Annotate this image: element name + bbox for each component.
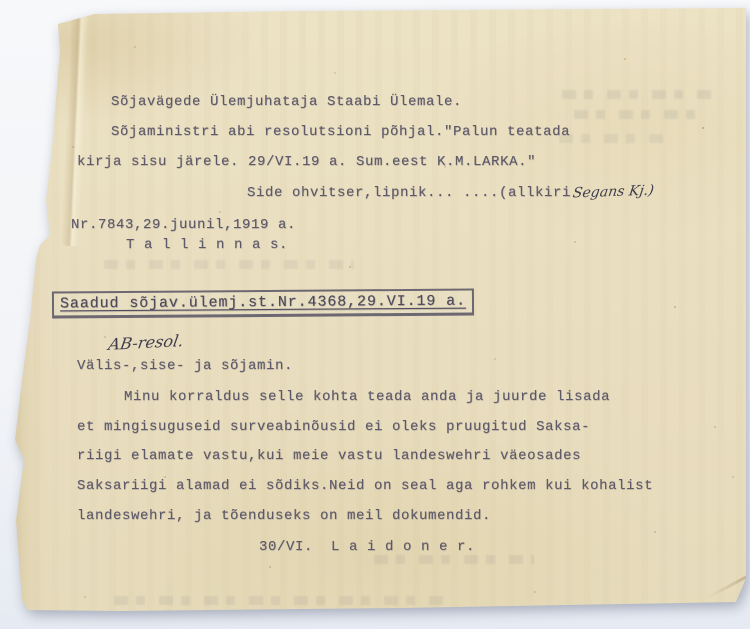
line-number-date: Nr.7843,29.juunil,1919 a. bbox=[71, 217, 296, 233]
bleed-through-smudge bbox=[562, 90, 712, 99]
received-stamp-box: Saadud sõjav.ülemj.st.Nr.4368,29.VI.19 a… bbox=[52, 289, 474, 319]
line-body-1: Minu korraldus selle kohta teada anda ja… bbox=[124, 389, 610, 405]
bleed-through-smudge bbox=[574, 110, 704, 119]
line-body-5: landeswehri, ja tõenduseks on meil dokum… bbox=[77, 508, 491, 524]
bleed-through-smudge bbox=[374, 555, 534, 564]
paper-fold-crease bbox=[61, 16, 89, 247]
line-body-2: et mingisuguseid surveabinõusid ei oleks… bbox=[77, 419, 590, 435]
line-body-4: Saksariigi alamad ei sõdiks.Neid on seal… bbox=[77, 478, 653, 494]
corner-crease bbox=[707, 568, 750, 599]
line-date-signature: 30/VI. L a i d o n e r. bbox=[259, 539, 475, 555]
line-resolution-1: Sõjaministri abi resolutsioni põhjal."Pa… bbox=[111, 124, 570, 140]
line-city: T a l l i n n a s. bbox=[126, 237, 288, 253]
line-addressee: Sõjavägede Ülemjuhataja Staabi Ülemale. bbox=[111, 94, 462, 110]
paper-speckles bbox=[14, 6, 16, 8]
line-body-3: riigi elamate vastu,kui meie vastu lande… bbox=[77, 448, 581, 464]
line-resolution-2: kirja sisu järele. 29/VI.19 a. Sum.eest … bbox=[77, 154, 536, 170]
scan-background: Sõjavägede Ülemjuhataja Staabi Ülemale. … bbox=[0, 0, 750, 629]
document-paper: Sõjavägede Ülemjuhataja Staabi Ülemale. … bbox=[14, 6, 748, 613]
signature-typed-text: Side ohvitser,lipnik... ....(allkiri bbox=[247, 185, 571, 201]
bleed-through-smudge bbox=[104, 260, 354, 269]
handwritten-signature: Segans Kj.) bbox=[572, 183, 655, 202]
bleed-through-smudge bbox=[559, 134, 669, 143]
line-signature: Side ohvitser,lipnik... ....(allkiriSega… bbox=[247, 184, 654, 201]
paper-shadow: Sõjavägede Ülemjuhataja Staabi Ülemale. … bbox=[0, 0, 750, 629]
handwritten-note: AB-resol. bbox=[107, 331, 185, 354]
line-ministers: Välis-,sise- ja sõjamin. bbox=[77, 358, 293, 374]
bleed-through-smudge bbox=[114, 596, 444, 605]
